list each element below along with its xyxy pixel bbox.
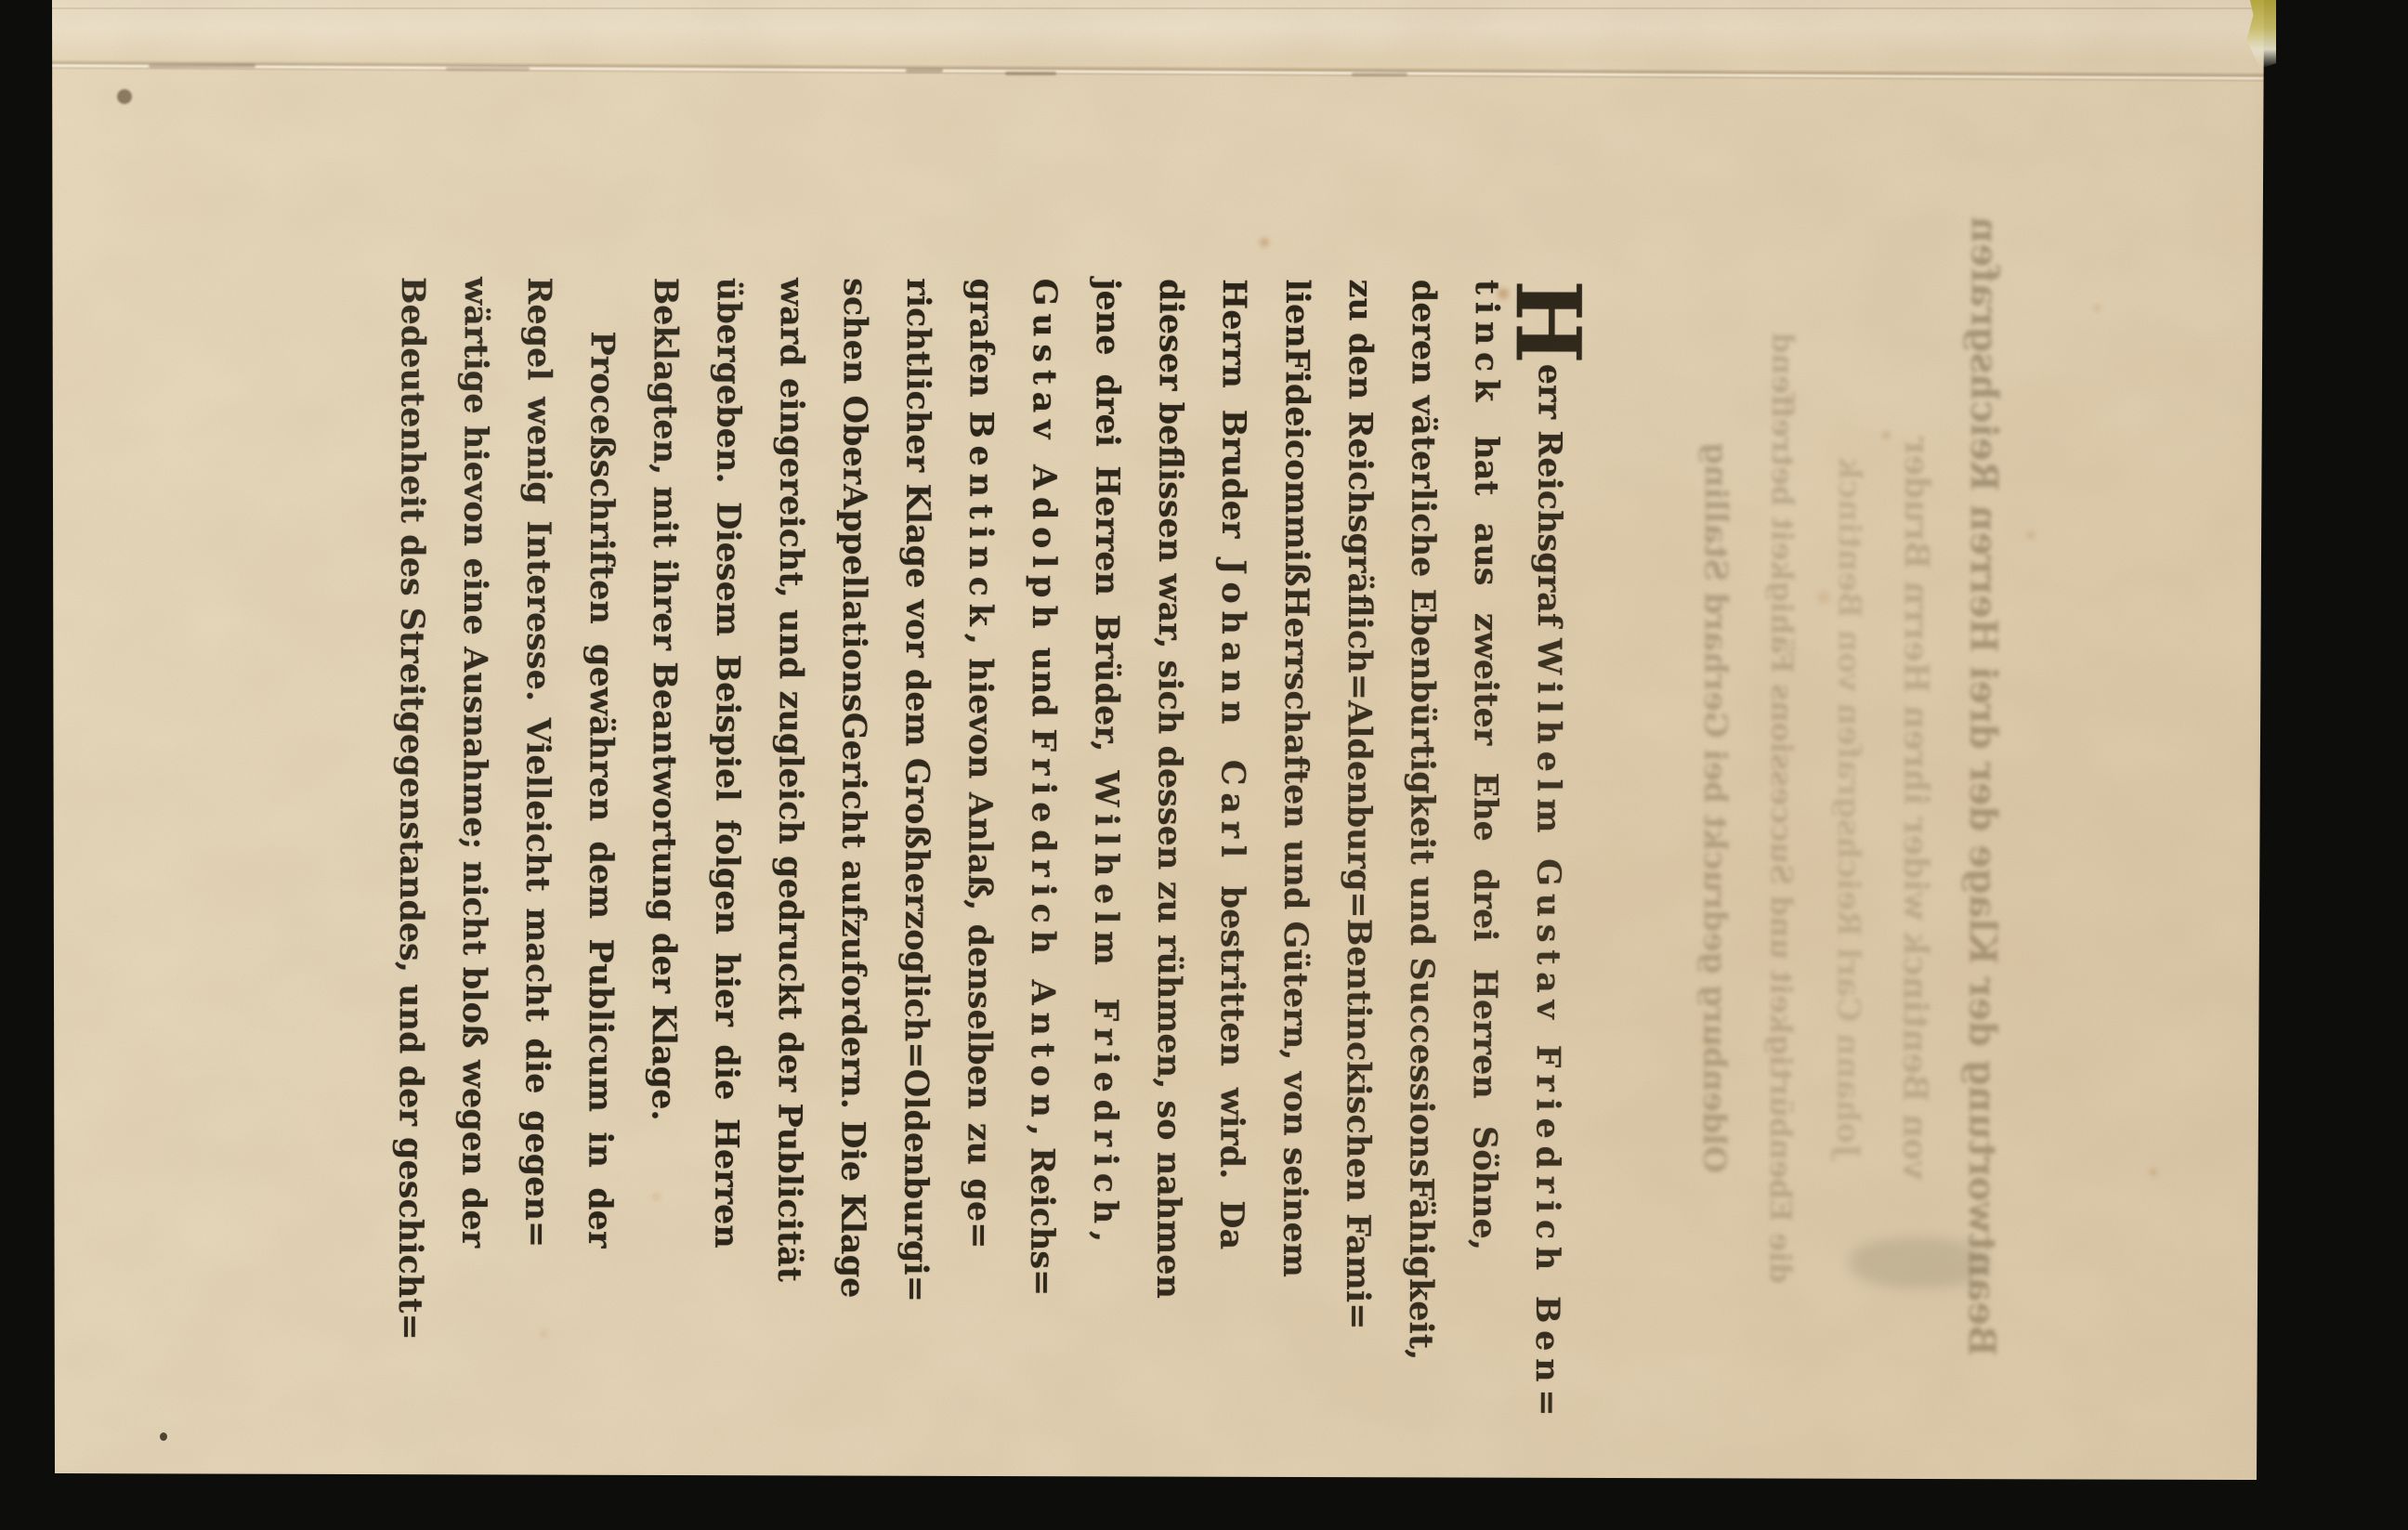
text-segment: jene drei Herren Brüder,	[1087, 279, 1126, 771]
text-segment: Beklagten, mit ihrer Beantwortung der Kl…	[644, 278, 684, 1121]
text-segment: und	[1025, 635, 1063, 728]
text-line: dieser beflissen war, sich dessen zu rüh…	[1136, 279, 1202, 1249]
text-segment: Proceßschriften gewähren dem Publicum in…	[581, 331, 622, 1248]
book-page: Beantwortung der Klage der drei Herren R…	[0, 0, 2408, 1530]
text-segment: Gustav Adolph	[1025, 279, 1064, 636]
text-segment: richtlicher Klage vor dem Großherzoglich…	[896, 278, 937, 1302]
crease-mark	[906, 69, 943, 72]
page-fold-crease	[52, 59, 2264, 83]
text-line: Proceßschriften gewähren dem Publicum in…	[568, 277, 634, 1248]
text-line: Regel wenig Interesse. Vielleicht macht …	[504, 277, 570, 1248]
text-segment: ward eingereicht, und zugleich gedruckt …	[770, 278, 811, 1282]
text-segment: Wilhelm Gustav Friedrich Ben=	[1528, 638, 1568, 1423]
text-line: tinck hat aus zweiter Ehe drei Herren Sö…	[1452, 280, 1518, 1250]
text-line: deren väterliche Ebenbürtigkeit und Succ…	[1389, 280, 1455, 1250]
text-line: zu den Reichsgräflich=Aldenburg=Bentinck…	[1326, 279, 1392, 1249]
text-segment: dieser beflissen war, sich dessen zu rüh…	[1149, 279, 1190, 1299]
text-line: Herrn Bruder Johann Carl bestritten wird…	[1199, 279, 1265, 1249]
text-line: wärtige hievon eine Ausnahme; nicht bloß…	[441, 277, 507, 1248]
text-segment: Bedeutenheit des Streitgegenstandes, und…	[391, 277, 432, 1340]
body-text-block: Herr Reichsgraf Wilhelm Gustav Friedrich…	[378, 277, 1581, 1250]
foxing-spot	[2027, 531, 2035, 539]
foxing-spot	[2150, 1169, 2157, 1176]
text-segment: lienFideicommißHerrschaften und Gütern, …	[1276, 279, 1316, 1277]
crease-mark	[446, 67, 530, 71]
text-segment: Wilhelm Friedrich,	[1086, 770, 1125, 1249]
ghost-text-line: Johann Carl Reichsgrafen von Bentinck	[1813, 260, 1883, 1356]
text-segment: übergeben. Diesem Beispiel folgen hier d…	[707, 278, 748, 1249]
text-line: Bedeutenheit des Streitgegenstandes, und…	[378, 277, 444, 1248]
ghost-text-line: von Bentinck wider ihren Herrn Bruder	[1880, 260, 1950, 1356]
text-segment: deren väterliche Ebenbürtigkeit und Succ…	[1402, 280, 1443, 1361]
drop-cap-initial: H	[1496, 280, 1601, 364]
text-line: grafen Bentinck, hievon Anlaß, denselben…	[947, 278, 1013, 1249]
text-line: Gustav Adolph und Friedrich Anton, Reich…	[1010, 279, 1076, 1249]
crease-mark	[149, 64, 255, 68]
text-segment: Johann Carl	[1213, 559, 1252, 865]
text-segment: , Reichs=	[1023, 1125, 1061, 1297]
ink-stain	[117, 89, 132, 104]
page-top-edge-line	[0, 7, 2408, 9]
text-segment: Friedrich Anton	[1023, 728, 1062, 1125]
text-segment: zu den Reichsgräflich=Aldenburg=Bentinck…	[1339, 280, 1380, 1330]
foxing-spot	[1260, 238, 1269, 247]
ghost-text-line: Oldenburg gedruckt bei Gerhard Stalling	[1680, 260, 1749, 1356]
text-segment: grafen	[962, 278, 1000, 411]
text-line: übergeben. Diesem Beispiel folgen hier d…	[694, 278, 760, 1249]
text-segment: Regel wenig Interesse. Vielleicht macht …	[517, 277, 558, 1248]
text-segment: hat aus zweiter Ehe drei Herren Söhne,	[1465, 409, 1505, 1250]
scanned-book-page-photo: Beantwortung der Klage der drei Herren R…	[0, 0, 2408, 1530]
text-line: ward eingereicht, und zugleich gedruckt …	[757, 278, 823, 1249]
text-line: schen OberAppellationsGericht aufzuforde…	[820, 278, 886, 1249]
text-segment: wärtige hievon eine Ausnahme; nicht bloß…	[454, 277, 495, 1248]
crease-mark	[1352, 72, 1407, 76]
text-line: jene drei Herren Brüder, Wilhelm Friedri…	[1073, 279, 1139, 1249]
text-segment: Herrn Bruder	[1214, 279, 1253, 559]
text-segment: err Reichsgraf	[1530, 364, 1569, 638]
text-segment: Bentinck	[962, 411, 1001, 633]
foxing-spot	[541, 1330, 547, 1337]
ink-speck	[160, 1432, 167, 1441]
foxing-spot	[2094, 305, 2100, 311]
text-segment: schen OberAppellationsGericht aufzuforde…	[833, 278, 874, 1298]
text-segment: bestritten wird. Da	[1212, 865, 1251, 1249]
ghost-text-line: die Ebenbürtigkeit und Successions Fähig…	[1747, 260, 1816, 1356]
crease-mark	[1005, 72, 1056, 75]
ghost-text-line: Beantwortung der Klage der drei Herren R…	[1947, 260, 2017, 1356]
text-line: Herr Reichsgraf Wilhelm Gustav Friedrich…	[1515, 280, 1581, 1250]
ghost-bleedthrough-text: Beantwortung der Klage der drei Herren R…	[1680, 260, 2017, 1357]
text-line: Beklagten, mit ihrer Beantwortung der Kl…	[631, 278, 697, 1249]
text-line: lienFideicommißHerrschaften und Gütern, …	[1263, 279, 1328, 1249]
text-segment: , hievon Anlaß, denselben zu ge=	[960, 634, 1000, 1249]
text-line: richtlicher Klage vor dem Großherzoglich…	[883, 278, 949, 1249]
